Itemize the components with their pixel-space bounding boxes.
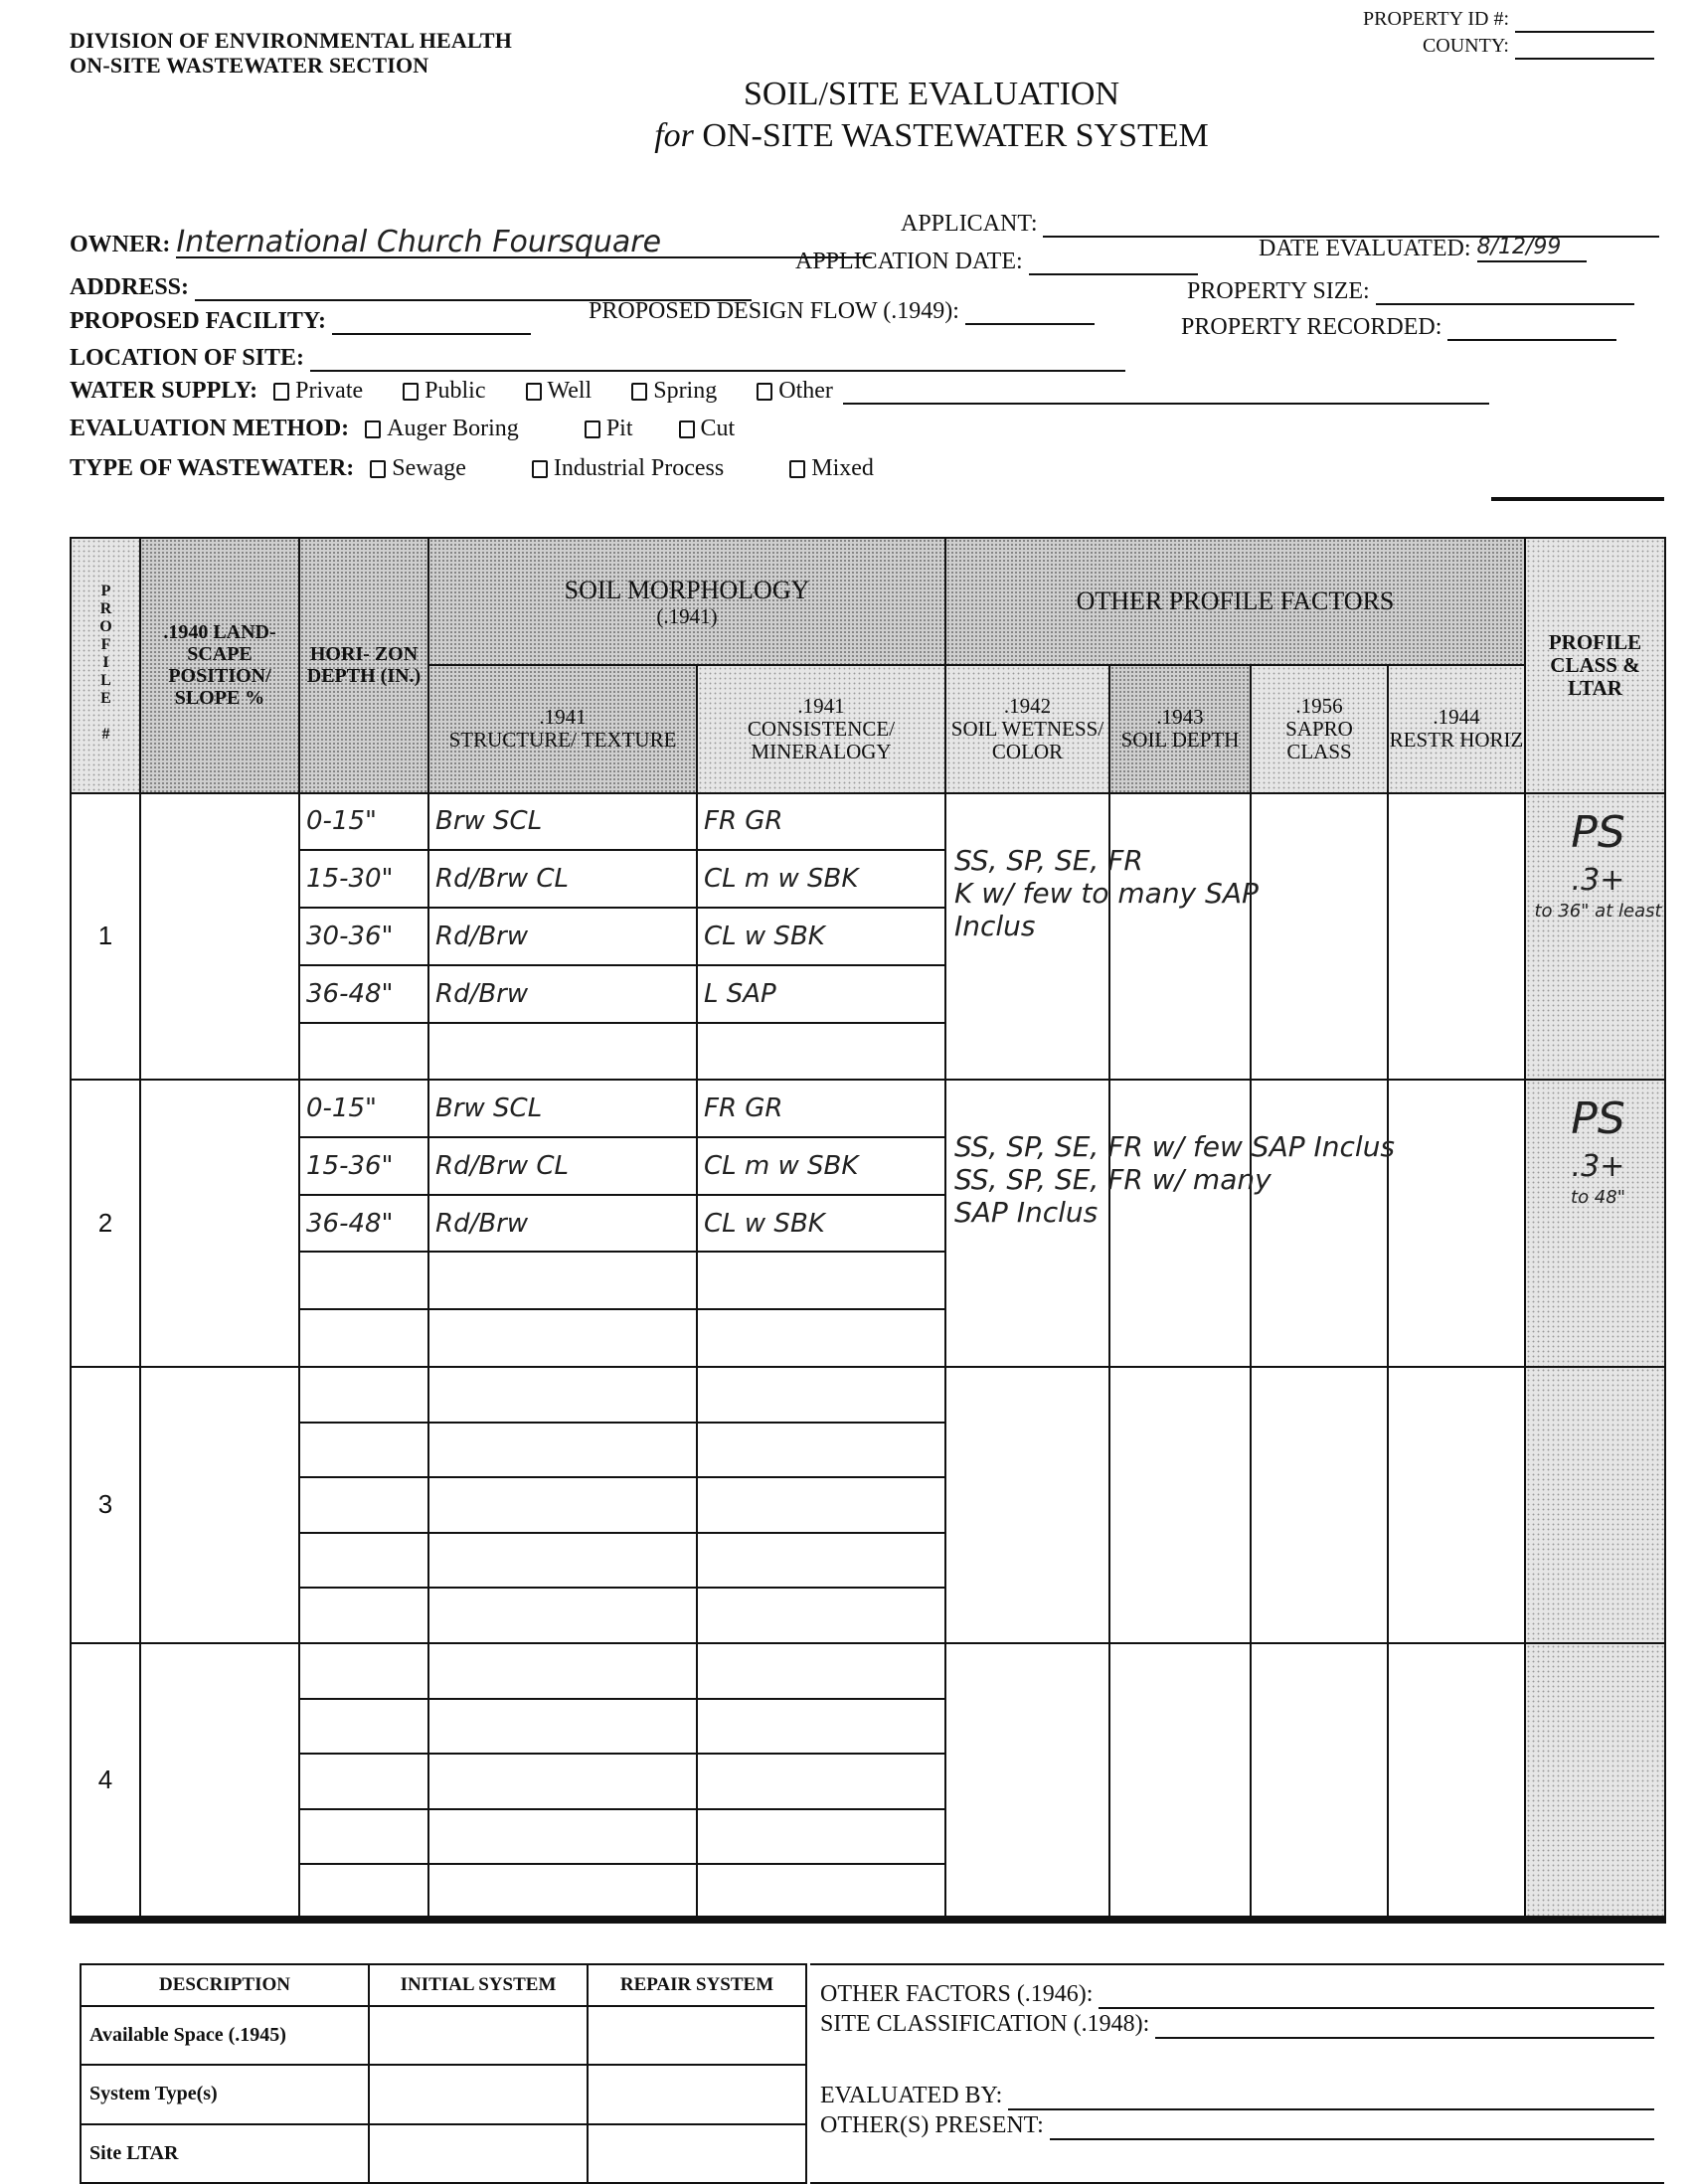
available-space-repair[interactable] — [588, 2006, 806, 2065]
horizon-depth-cell[interactable] — [299, 1023, 428, 1081]
evaluated-by-field[interactable] — [1008, 2091, 1654, 2110]
other-factors-field[interactable] — [1099, 1989, 1654, 2009]
horizon-consistence-cell[interactable]: CL w SBK — [697, 1195, 945, 1253]
checkbox-icon[interactable] — [631, 383, 647, 401]
header-other-profile-factors: OTHER PROFILE FACTORS — [945, 538, 1525, 665]
checkbox-icon[interactable] — [679, 420, 695, 438]
horizon-depth-cell[interactable] — [299, 1309, 428, 1367]
checkbox-icon[interactable] — [532, 460, 548, 478]
horizon-consistence-cell[interactable] — [697, 1864, 945, 1920]
other-profile-factors-cell[interactable]: SS, SP, SE, FR w/ few SAP InclusSS, SP, … — [945, 1080, 1525, 1367]
horizon-consistence-cell[interactable] — [697, 1423, 945, 1478]
horizon-consistence-cell[interactable] — [697, 1809, 945, 1865]
water-supply-public[interactable]: Public — [403, 378, 485, 405]
horizon-structure-cell[interactable] — [428, 1367, 697, 1423]
row-available-space: Available Space (.1945) — [81, 2006, 369, 2065]
header-restr-horiz: .1944RESTR HORIZ — [1388, 665, 1525, 792]
horizon-structure-cell[interactable] — [428, 1643, 697, 1699]
wastewater-type-mixed[interactable]: Mixed — [789, 455, 874, 482]
horizon-consistence-cell[interactable] — [697, 1533, 945, 1589]
profile-class-profile-class: PS — [1532, 804, 1664, 861]
horizon-depth-cell[interactable] — [299, 1643, 428, 1699]
header-sapro-class: .1956SAPRO CLASS — [1251, 665, 1388, 792]
wastewater-type-label: TYPE OF WASTEWATER: — [70, 455, 354, 482]
agency-header: DIVISION OF ENVIRONMENTAL HEALTH ON-SITE… — [70, 28, 512, 78]
header-soil-morphology: SOIL MORPHOLOGY (.1941) — [428, 538, 945, 665]
profile-class-cell[interactable]: PS.3+to 48" — [1525, 1080, 1665, 1367]
other-profile-factors-cell[interactable]: SS, SP, SE, FRK w/ few to many SAPInclus — [945, 793, 1525, 1081]
horizon-depth-cell[interactable] — [299, 1588, 428, 1643]
site-ltar-initial[interactable] — [369, 2124, 588, 2183]
horizon-depth-cell[interactable]: 0-15" — [299, 1080, 428, 1137]
owner-field[interactable]: International Church Foursquare — [176, 225, 872, 258]
application-date-label: APPLICATION DATE: — [795, 249, 1023, 275]
county-label: COUNTY: — [1423, 33, 1509, 60]
landscape-cell[interactable] — [140, 793, 299, 1081]
horizon-depth-cell[interactable] — [299, 1533, 428, 1589]
county-field[interactable] — [1515, 40, 1654, 60]
horizon-depth-cell[interactable] — [299, 1809, 428, 1865]
horizon-structure-cell[interactable]: Rd/Brw CL — [428, 850, 697, 908]
evaluation-method-cut[interactable]: Cut — [679, 416, 736, 442]
horizon-depth-cell[interactable] — [299, 1864, 428, 1920]
date-evaluated-field[interactable]: 8/12/99 — [1477, 235, 1587, 262]
profile-class-ltar-note: to 48" — [1532, 1186, 1664, 1209]
other-profile-factors-cell[interactable] — [945, 1367, 1525, 1643]
header-initial-system: INITIAL SYSTEM — [369, 1964, 588, 2006]
handwritten-note: K w/ few to many SAP — [954, 877, 1516, 910]
water-supply-other-field[interactable] — [843, 385, 1489, 405]
horizon-consistence-cell[interactable]: L SAP — [697, 965, 945, 1023]
site-classification-label: SITE CLASSIFICATION (.1948): — [820, 2009, 1149, 2039]
water-supply-spring[interactable]: Spring — [631, 378, 717, 405]
table-row: 10-15"Brw SCLFR GRSS, SP, SE, FRK w/ few… — [71, 793, 1665, 851]
horizon-consistence-cell[interactable] — [697, 1754, 945, 1809]
horizon-consistence-cell[interactable] — [697, 1699, 945, 1755]
checkbox-icon[interactable] — [757, 383, 772, 401]
header-structure-texture: .1941STRUCTURE/ TEXTURE — [428, 665, 697, 792]
soil-profile-table: PROFILE # .1940 LAND-SCAPE POSITION/ SLO… — [70, 537, 1664, 1924]
horizon-structure-cell[interactable] — [428, 1252, 697, 1309]
property-id-field[interactable] — [1515, 13, 1654, 33]
handwritten-note: Inclus — [954, 910, 1516, 942]
header-consistence: .1941CONSISTENCE/ MINERALOGY — [697, 665, 945, 792]
applicant-row: APPLICANT: — [901, 211, 1659, 238]
profile-class-cell[interactable] — [1525, 1367, 1665, 1643]
system-table: DESCRIPTION INITIAL SYSTEM REPAIR SYSTEM… — [80, 1963, 807, 2184]
checkbox-icon[interactable] — [789, 460, 805, 478]
horizon-consistence-cell[interactable] — [697, 1309, 945, 1367]
table-row: 20-15"Brw SCLFR GRSS, SP, SE, FR w/ few … — [71, 1080, 1665, 1137]
horizon-consistence-cell[interactable]: FR GR — [697, 1080, 945, 1137]
row-site-ltar: Site LTAR — [81, 2124, 369, 2183]
other-factors-label: OTHER FACTORS (.1946): — [820, 1979, 1093, 2009]
horizon-structure-cell[interactable] — [428, 1533, 697, 1589]
horizon-structure-cell[interactable]: Rd/Brw — [428, 908, 697, 965]
horizon-structure-cell[interactable] — [428, 1588, 697, 1643]
proposed-facility-row: PROPOSED FACILITY: — [70, 308, 531, 335]
others-present-label: OTHER(S) PRESENT: — [820, 2110, 1044, 2140]
water-supply-row: WATER SUPPLY: Private Public Well Spring… — [70, 378, 1489, 405]
property-size-label: PROPERTY SIZE: — [1187, 278, 1370, 305]
address-row: ADDRESS: — [70, 274, 752, 301]
wastewater-type-row: TYPE OF WASTEWATER: Sewage Industrial Pr… — [70, 455, 908, 482]
title-line1: SOIL/SITE EVALUATION — [169, 74, 1694, 115]
horizon-consistence-cell[interactable] — [697, 1643, 945, 1699]
handwritten-note: SS, SP, SE, FR — [954, 844, 1516, 877]
water-supply-label: WATER SUPPLY: — [70, 378, 257, 405]
header-soil-wetness: .1942SOIL WETNESS/ COLOR — [945, 665, 1109, 792]
profile-class-ltar-note: to 36" at least — [1532, 900, 1664, 923]
header-profile: PROFILE # — [71, 538, 140, 793]
horizon-structure-cell[interactable]: Rd/Brw — [428, 965, 697, 1023]
horizon-structure-cell[interactable] — [428, 1309, 697, 1367]
design-flow-label: PROPOSED DESIGN FLOW (.1949): — [589, 298, 959, 325]
horizon-structure-cell[interactable]: Rd/Brw — [428, 1195, 697, 1253]
header-horizon-depth: HORI- ZON DEPTH (IN.) — [299, 538, 428, 793]
profile-number: 1 — [71, 793, 140, 1081]
site-ltar-repair[interactable] — [588, 2124, 806, 2183]
property-size-field[interactable] — [1376, 285, 1634, 305]
horizon-structure-cell[interactable] — [428, 1754, 697, 1809]
property-recorded-field[interactable] — [1447, 321, 1616, 341]
horizon-consistence-cell[interactable] — [697, 1477, 945, 1533]
table-row: 4 — [71, 1643, 1665, 1699]
evaluation-method-label: EVALUATION METHOD: — [70, 416, 349, 442]
divider — [1491, 497, 1664, 501]
water-supply-other[interactable]: Other — [757, 378, 833, 405]
horizon-consistence-cell[interactable]: CL m w SBK — [697, 1137, 945, 1195]
horizon-depth-cell[interactable] — [299, 1423, 428, 1478]
proposed-facility-field[interactable] — [332, 315, 531, 335]
landscape-cell[interactable] — [140, 1080, 299, 1367]
horizon-depth-cell[interactable] — [299, 1367, 428, 1423]
location-label: LOCATION OF SITE: — [70, 345, 304, 372]
others-present-field[interactable] — [1050, 2120, 1654, 2140]
design-flow-row: PROPOSED DESIGN FLOW (.1949): — [589, 298, 1095, 325]
address-label: ADDRESS: — [70, 274, 189, 301]
horizon-depth-cell[interactable] — [299, 1252, 428, 1309]
proposed-facility-label: PROPOSED FACILITY: — [70, 308, 326, 335]
horizon-structure-cell[interactable] — [428, 1423, 697, 1478]
profile-class-ltar: .3+ — [1532, 861, 1664, 900]
profile-class-cell[interactable] — [1525, 1643, 1665, 1920]
horizon-structure-cell[interactable]: Rd/Brw CL — [428, 1137, 697, 1195]
evaluation-method-pit[interactable]: Pit — [585, 416, 633, 442]
horizon-structure-cell[interactable] — [428, 1864, 697, 1920]
horizon-structure-cell[interactable]: Brw SCL — [428, 793, 697, 851]
checkbox-icon[interactable] — [365, 420, 381, 438]
horizon-depth-cell[interactable]: 36-48" — [299, 1195, 428, 1253]
checkbox-icon[interactable] — [370, 460, 386, 478]
landscape-cell[interactable] — [140, 1367, 299, 1643]
header-description: DESCRIPTION — [81, 1964, 369, 2006]
date-evaluated-row: DATE EVALUATED: 8/12/99 — [1259, 235, 1587, 262]
evaluation-method-auger[interactable]: Auger Boring — [365, 416, 519, 442]
profile-class-ltar: .3+ — [1532, 1147, 1664, 1186]
evaluation-footer: OTHER FACTORS (.1946): SITE CLASSIFICATI… — [810, 1963, 1664, 2184]
horizon-structure-cell[interactable] — [428, 1699, 697, 1755]
title-system: ON-SITE WASTEWATER SYSTEM — [702, 117, 1208, 154]
wastewater-type-sewage[interactable]: Sewage — [370, 455, 466, 482]
checkbox-icon[interactable] — [526, 383, 542, 401]
header-soil-depth: .1943SOIL DEPTH — [1109, 665, 1251, 792]
design-flow-field[interactable] — [965, 305, 1095, 325]
row-system-types: System Type(s) — [81, 2065, 369, 2123]
site-classification-field[interactable] — [1155, 2019, 1654, 2039]
horizon-structure-cell[interactable] — [428, 1809, 697, 1865]
application-date-field[interactable] — [1029, 255, 1198, 275]
horizon-consistence-cell[interactable] — [697, 1252, 945, 1309]
water-supply-well[interactable]: Well — [526, 378, 593, 405]
property-id-block: PROPERTY ID #: COUNTY: — [1363, 6, 1654, 60]
profile-number: 2 — [71, 1080, 140, 1367]
horizon-consistence-cell[interactable] — [697, 1023, 945, 1081]
owner-label: OWNER: — [70, 232, 170, 258]
other-profile-factors-cell[interactable] — [945, 1643, 1525, 1920]
system-types-initial[interactable] — [369, 2065, 588, 2123]
header-repair-system: REPAIR SYSTEM — [588, 1964, 806, 2006]
evaluated-by-label: EVALUATED BY: — [820, 2081, 1002, 2110]
profile-class-cell[interactable]: PS.3+to 36" at least — [1525, 793, 1665, 1081]
location-field[interactable] — [310, 352, 1125, 372]
checkbox-icon[interactable] — [273, 383, 289, 401]
property-size-row: PROPERTY SIZE: — [1187, 278, 1634, 305]
application-date-row: APPLICATION DATE: — [795, 249, 1198, 275]
horizon-consistence-cell[interactable]: FR GR — [697, 793, 945, 851]
water-supply-private[interactable]: Private — [273, 378, 363, 405]
horizon-structure-cell[interactable]: Brw SCL — [428, 1080, 697, 1137]
horizon-consistence-cell[interactable] — [697, 1367, 945, 1423]
property-id-label: PROPERTY ID #: — [1363, 6, 1509, 33]
horizon-depth-cell[interactable] — [299, 1477, 428, 1533]
horizon-consistence-cell[interactable]: CL m w SBK — [697, 850, 945, 908]
page-title: SOIL/SITE EVALUATION for ON-SITE WASTEWA… — [0, 74, 1694, 157]
horizon-depth-cell[interactable]: 15-36" — [299, 1137, 428, 1195]
horizon-structure-cell[interactable] — [428, 1023, 697, 1081]
horizon-depth-cell[interactable] — [299, 1754, 428, 1809]
handwritten-note: SAP Inclus — [954, 1196, 1516, 1229]
horizon-depth-cell[interactable]: 30-36" — [299, 908, 428, 965]
property-recorded-label: PROPERTY RECORDED: — [1181, 314, 1441, 341]
horizon-depth-cell[interactable]: 15-30" — [299, 850, 428, 908]
table-row: 3 — [71, 1367, 1665, 1423]
handwritten-note: SS, SP, SE, FR w/ many — [954, 1163, 1516, 1196]
horizon-structure-cell[interactable] — [428, 1477, 697, 1533]
title-line2: for ON-SITE WASTEWATER SYSTEM — [169, 115, 1694, 157]
checkbox-icon[interactable] — [403, 383, 419, 401]
profile-number: 3 — [71, 1367, 140, 1643]
owner-row: OWNER: International Church Foursquare — [70, 225, 872, 258]
profile-class-profile-class: PS — [1532, 1091, 1664, 1147]
horizon-depth-cell[interactable]: 36-48" — [299, 965, 428, 1023]
horizon-consistence-cell[interactable]: CL w SBK — [697, 908, 945, 965]
handwritten-note: SS, SP, SE, FR w/ few SAP Inclus — [954, 1130, 1516, 1163]
system-types-repair[interactable] — [588, 2065, 806, 2123]
applicant-label: APPLICANT: — [901, 211, 1037, 238]
profile-number: 4 — [71, 1643, 140, 1920]
horizon-depth-cell[interactable] — [299, 1699, 428, 1755]
date-evaluated-label: DATE EVALUATED: — [1259, 236, 1471, 262]
location-row: LOCATION OF SITE: — [70, 345, 1125, 372]
horizon-depth-cell[interactable]: 0-15" — [299, 793, 428, 851]
horizon-consistence-cell[interactable] — [697, 1588, 945, 1643]
evaluation-method-row: EVALUATION METHOD: Auger Boring Pit Cut — [70, 416, 768, 442]
agency-division: DIVISION OF ENVIRONMENTAL HEALTH — [70, 28, 512, 53]
header-landscape: .1940 LAND-SCAPE POSITION/ SLOPE % — [140, 538, 299, 793]
available-space-initial[interactable] — [369, 2006, 588, 2065]
landscape-cell[interactable] — [140, 1643, 299, 1920]
property-recorded-row: PROPERTY RECORDED: — [1181, 314, 1616, 341]
wastewater-type-industrial[interactable]: Industrial Process — [532, 455, 724, 482]
checkbox-icon[interactable] — [585, 420, 600, 438]
system-summary: DESCRIPTION INITIAL SYSTEM REPAIR SYSTEM… — [80, 1963, 1664, 2184]
title-for: for — [654, 117, 694, 154]
header-profile-class: PROFILE CLASS & LTAR — [1525, 538, 1665, 793]
